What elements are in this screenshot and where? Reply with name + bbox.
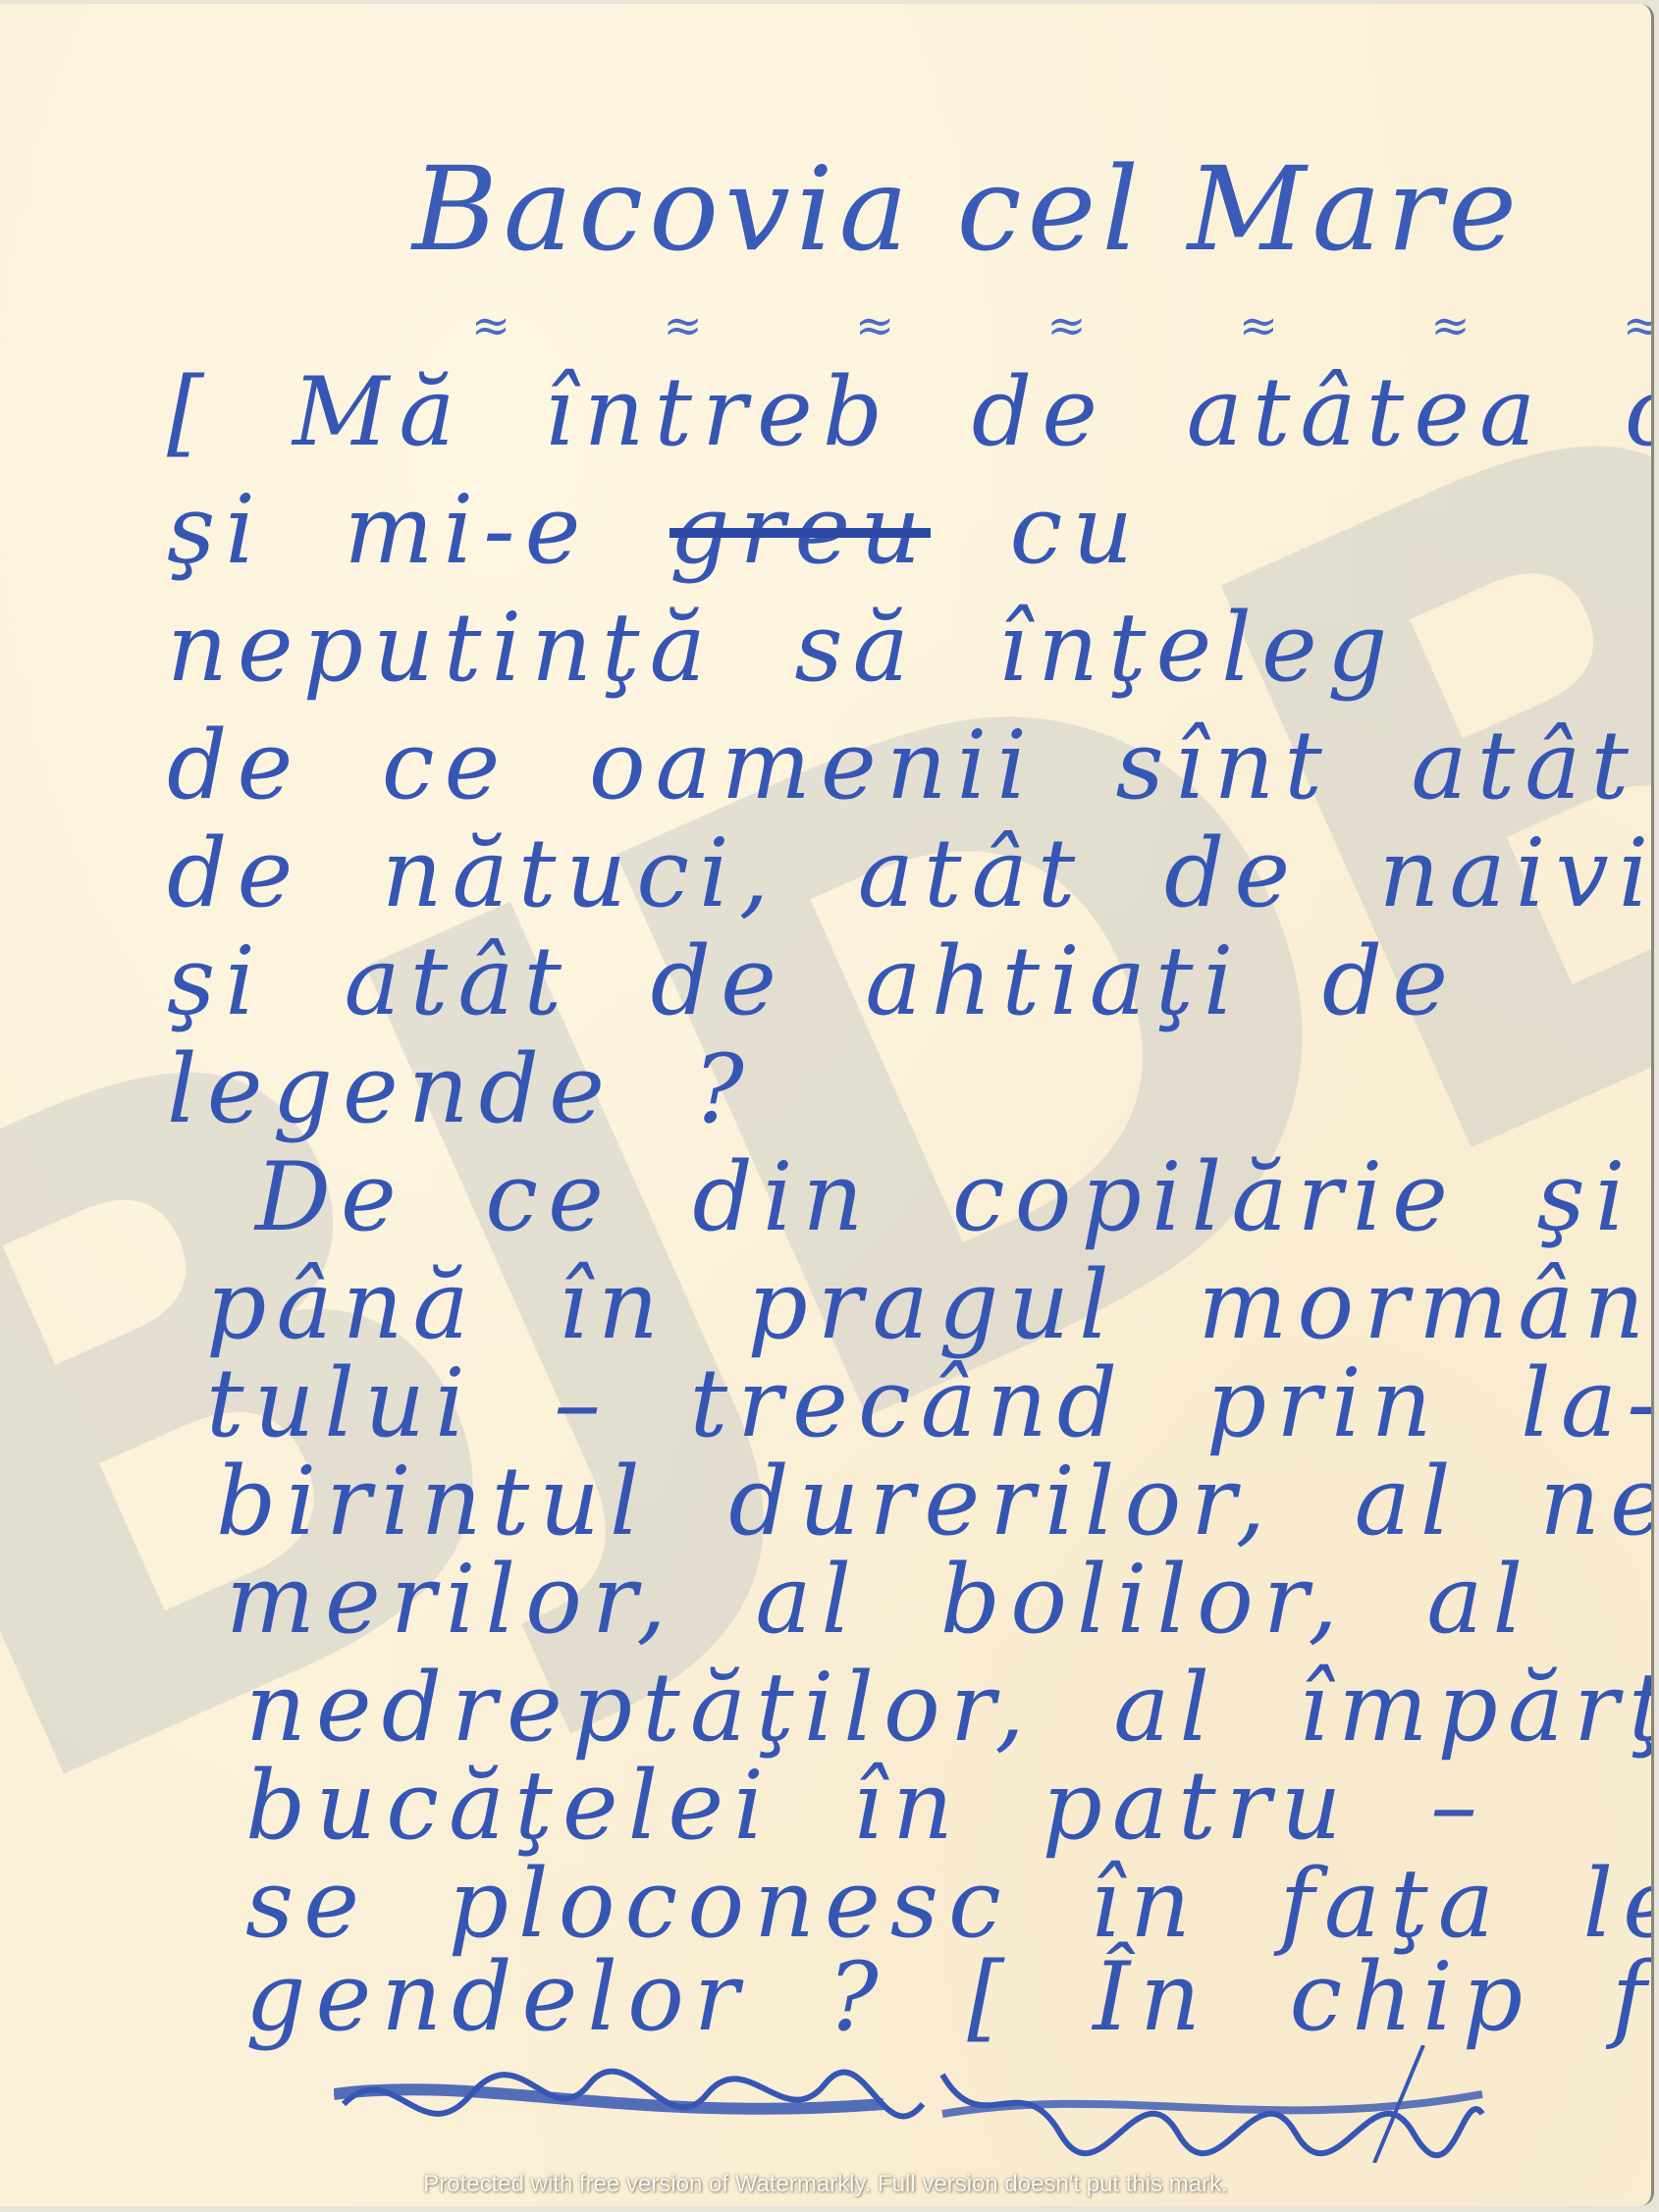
manuscript-line-5: de nătuci, atât de naivi [167, 818, 1654, 928]
crossed-out-scribble [334, 2045, 1492, 2163]
manuscript-line-10: tului – trecând prin la- [206, 1348, 1654, 1458]
manuscript-page: BJDB Bacovia cel Mare ≈ ≈ ≈ ≈ ≈ ≈ ≈ ≈ [ … [0, 4, 1654, 2206]
manuscript-line-2: şi mi-e greu cu [167, 475, 1143, 585]
manuscript-line-4: de ce oamenii sînt atât [167, 711, 1638, 820]
manuscript-line-14: bucăţelei în patru – [245, 1751, 1487, 1861]
manuscript-line-11: birintul durerilor, al nedu- [216, 1447, 1654, 1556]
manuscript-line-13: nedreptăţilor, al împărţirii [245, 1653, 1654, 1763]
manuscript-line-9: până în pragul mormân- [206, 1250, 1654, 1360]
manuscript-line-8: De ce din copilărie şi [255, 1142, 1634, 1252]
title-underline-marks: ≈ ≈ ≈ ≈ ≈ ≈ ≈ ≈ [471, 298, 1654, 353]
line-2-after: cu [1009, 475, 1143, 585]
manuscript-title: Bacovia cel Mare [412, 141, 1523, 277]
manuscript-line-1: [ Mă întreb de atâtea ori, [167, 357, 1654, 467]
manuscript-line-6: şi atât de ahtiaţi de [167, 926, 1458, 1036]
struck-word: greu [669, 475, 931, 585]
manuscript-line-12: merilor, al bolilor, al [226, 1545, 1532, 1655]
manuscript-line-3: neputinţă să înţeleg [167, 593, 1397, 703]
footer-watermark: Protected with free version of Watermark… [0, 2171, 1651, 2198]
manuscript-line-7: legende ? [167, 1034, 754, 1144]
line-2-before: şi mi-e [167, 475, 590, 585]
manuscript-line-16: gendelor ? [ În chip firesc, [245, 1942, 1654, 2052]
